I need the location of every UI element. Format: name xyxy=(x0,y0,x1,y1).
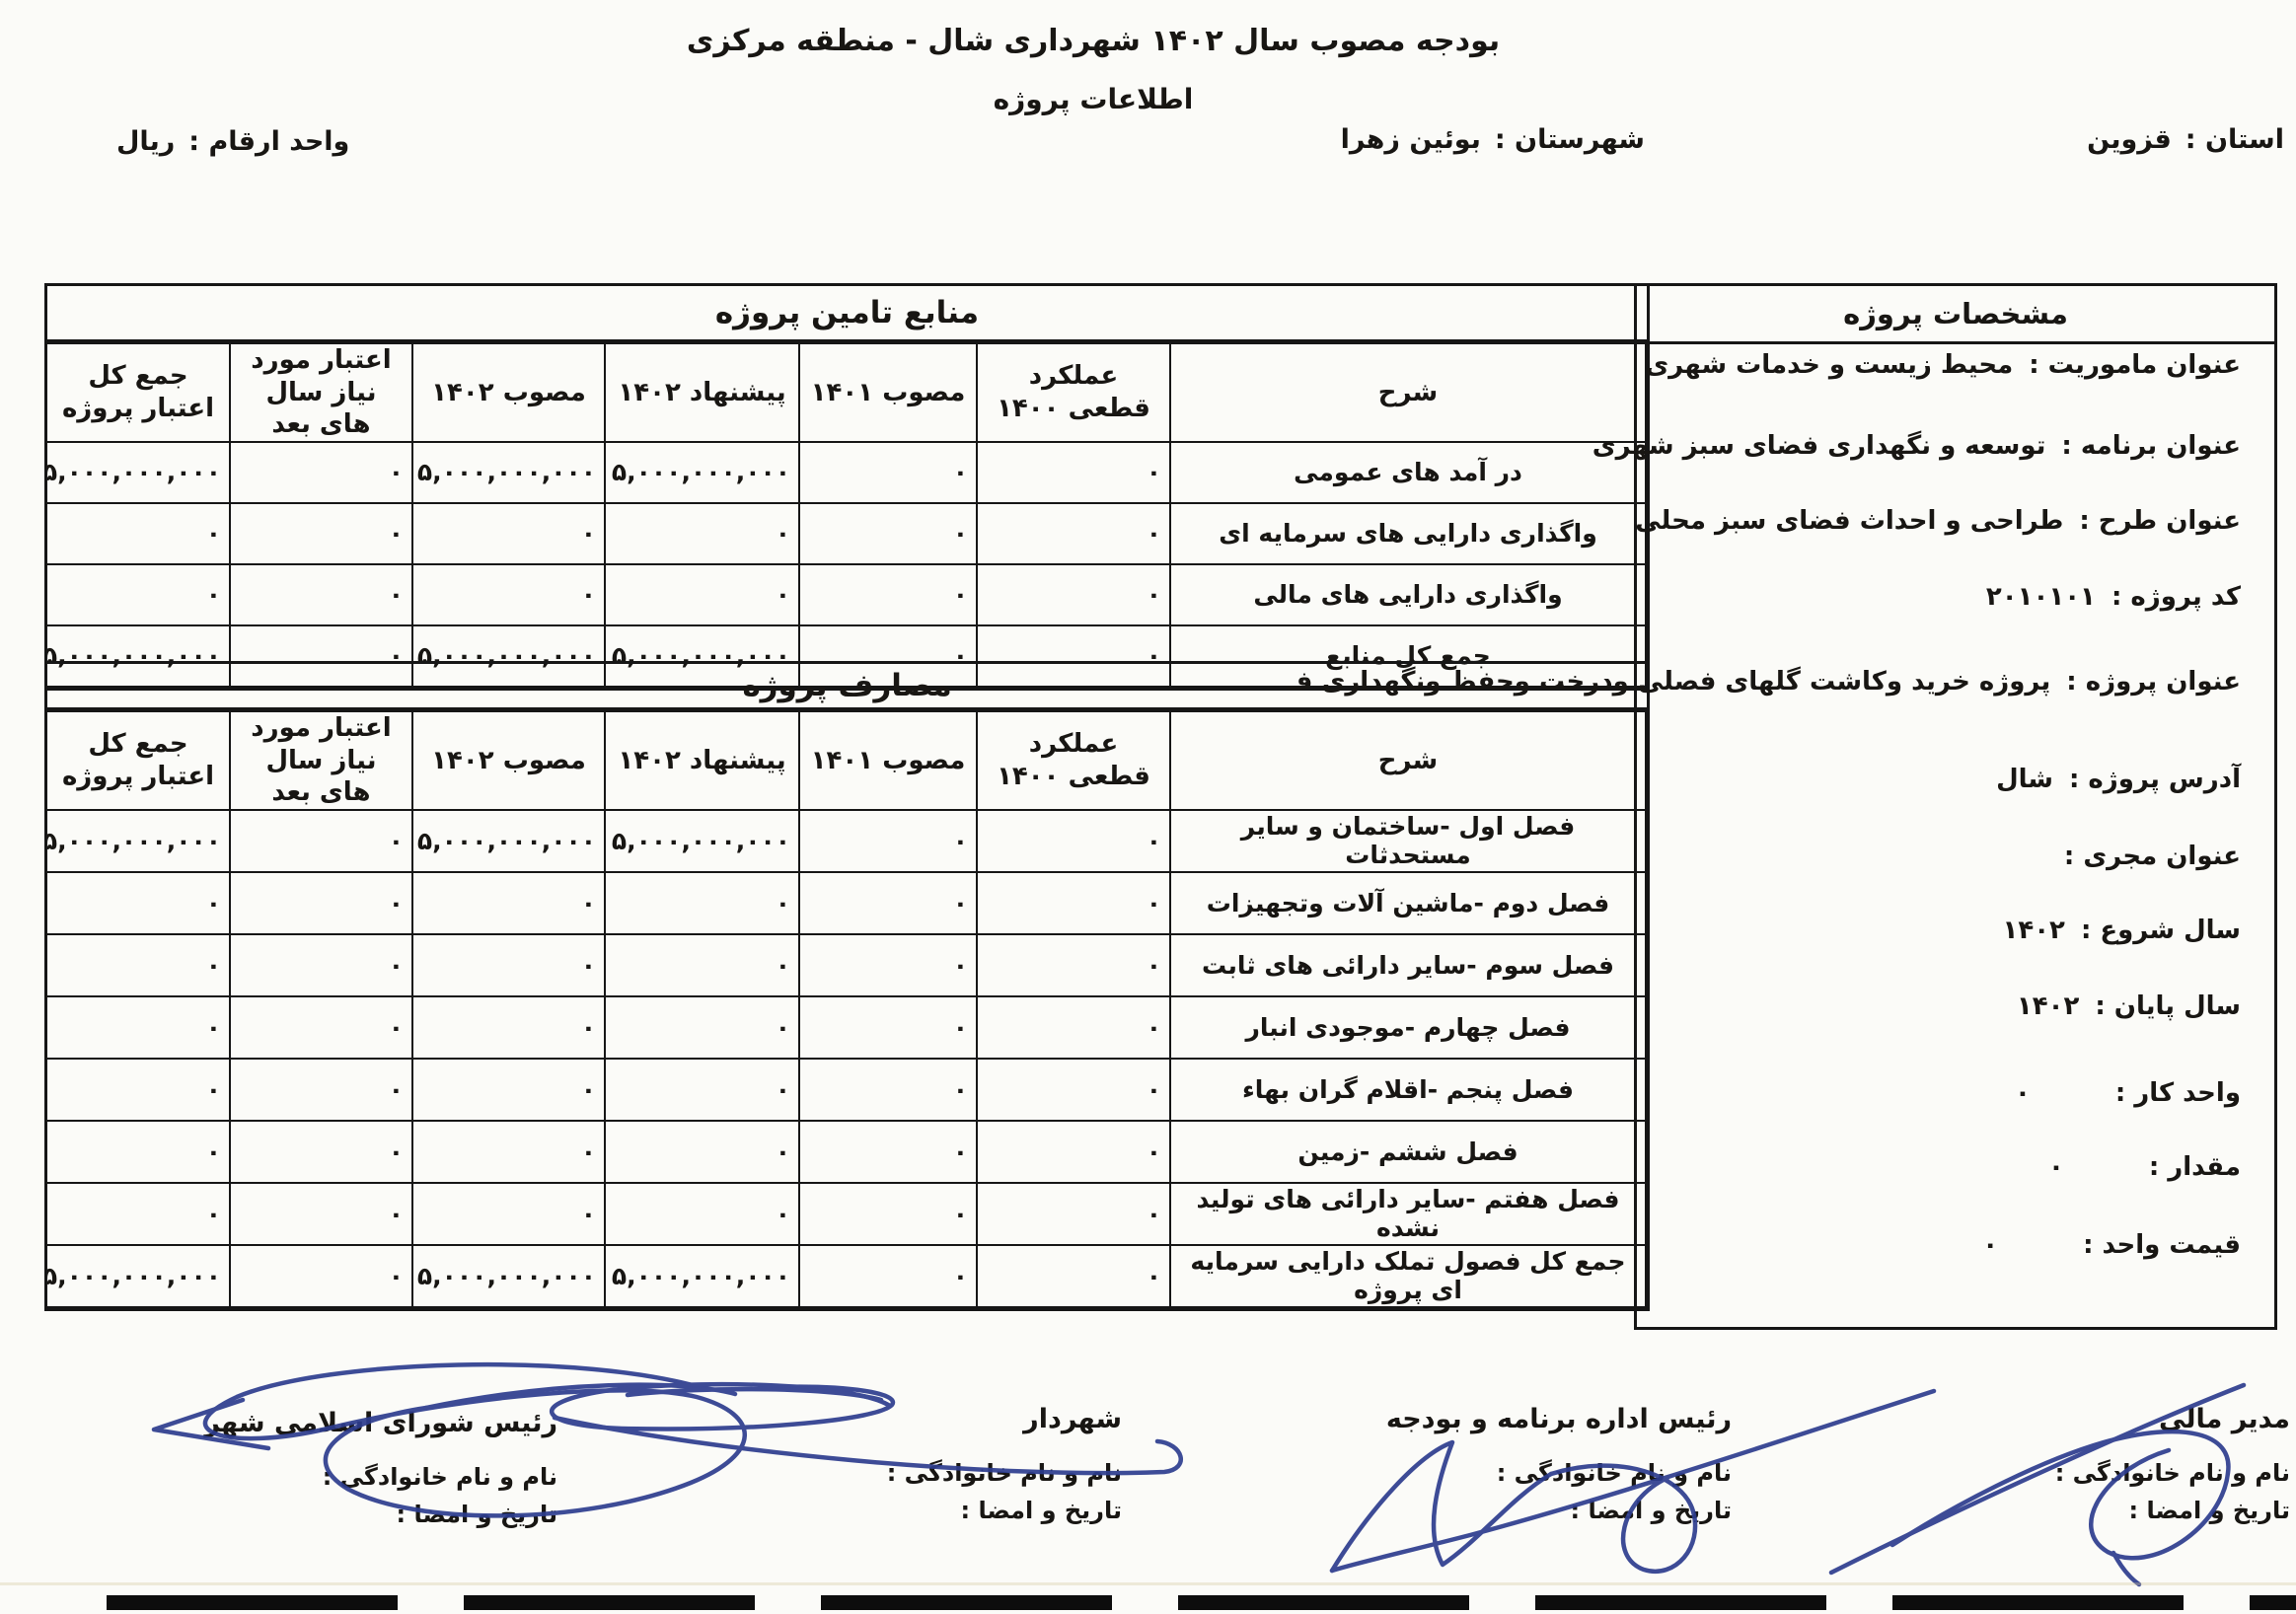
spec-field-label: سال شروع : xyxy=(2081,916,2241,945)
spec-field-value: محیط زیست و خدمات شهری xyxy=(1645,350,2013,380)
table-row: فصل دوم -ماشین آلات وتجهیزات۰۰۰۰۰۰ xyxy=(46,872,1646,934)
amount-cell: ۰ xyxy=(799,1121,977,1183)
table-row: فصل پنجم -اقلام گران بهاء۰۰۰۰۰۰ xyxy=(46,1059,1646,1121)
amount-cell: ۰ xyxy=(412,1121,605,1183)
signer-date-label: تاریخ و امضا : xyxy=(887,1498,1122,1523)
signer-role: رئیس شورای اسلامی شهر xyxy=(204,1409,557,1438)
amount-cell: ۰ xyxy=(46,934,230,996)
spec-field-label: آدرس پروژه : xyxy=(2069,765,2241,794)
signer-name-label: نام و نام خانوادگی : xyxy=(887,1460,1122,1486)
unit-of-figures-field: واحد ارقام :ریال xyxy=(116,126,349,157)
spec-field-label: مقدار : xyxy=(2149,1152,2241,1182)
signature-scribble-mayor xyxy=(628,1389,881,1400)
amount-cell: ۵,۰۰۰,۰۰۰,۰۰۰ xyxy=(412,442,605,503)
project-specs-title: مشخصات پروژه xyxy=(1637,286,2274,344)
column-header: جمع کل اعتبار پروژه xyxy=(46,343,230,442)
amount-cell: ۰ xyxy=(605,1059,799,1121)
amount-cell: ۰ xyxy=(605,996,799,1059)
signature-scribble-mayor xyxy=(552,1384,893,1429)
amount-cell: ۰ xyxy=(977,996,1170,1059)
amount-cell: ۰ xyxy=(977,934,1170,996)
spec-field-row: سال شروع :۱۴۰۲ xyxy=(2002,916,2241,945)
row-description-cell: واگذاری دارایی های سرمایه ای xyxy=(1170,503,1646,564)
province-value: قزوین xyxy=(2087,124,2172,155)
amount-cell: ۰ xyxy=(230,810,412,872)
amount-cell: ۰ xyxy=(230,503,412,564)
signer-role: شهردار xyxy=(887,1405,1122,1434)
spec-field-value: ۰ xyxy=(2015,1078,2031,1108)
spec-field-value: ۲۰۱۰۱۰۱ xyxy=(1986,582,2096,612)
spec-field-value: توسعه و نگهداری فضای سبز شهری xyxy=(1592,431,2046,461)
row-description-cell: فصل سوم -سایر دارائی های ثابت xyxy=(1170,934,1646,996)
project-specs-panel: مشخصات پروژه عنوان ماموریت :محیط زیست و … xyxy=(1634,283,2277,1330)
signer-role: رئیس اداره برنامه و بودجه xyxy=(1386,1405,1732,1434)
signer-date-label: تاریخ و امضا : xyxy=(204,1502,557,1527)
amount-cell: ۰ xyxy=(799,810,977,872)
amount-cell: ۵,۰۰۰,۰۰۰,۰۰۰ xyxy=(412,810,605,872)
amount-cell: ۰ xyxy=(46,503,230,564)
unit-label: واحد ارقام : xyxy=(188,126,349,157)
funding-sources-table: منابع تامین پروژه شرحعملکرد قطعی ۱۴۰۰مصو… xyxy=(44,283,1650,691)
amount-cell: ۰ xyxy=(799,996,977,1059)
spec-field-label: واحد کار : xyxy=(2115,1078,2241,1108)
spec-field-label: عنوان برنامه : xyxy=(2061,431,2241,461)
amount-cell: ۰ xyxy=(977,1245,1170,1307)
table-row: فصل چهارم -موجودی انبار۰۰۰۰۰۰ xyxy=(46,996,1646,1059)
document-subtitle: اطلاعات پروژه xyxy=(0,83,2186,115)
amount-cell: ۰ xyxy=(605,934,799,996)
amount-cell: ۰ xyxy=(412,1183,605,1245)
spec-field-value: ۰ xyxy=(2048,1152,2064,1182)
spec-field-row: سال پایان :۱۴۰۲ xyxy=(2017,991,2241,1021)
unit-value: ریال xyxy=(116,126,175,157)
spec-field-value: پروژه خرید وکاشت گلهای فصلی ودرخت وحفظ و… xyxy=(1288,667,2051,697)
amount-cell: ۰ xyxy=(799,564,977,625)
row-description-cell: فصل هفتم -سایر دارائی های تولید نشده xyxy=(1170,1183,1646,1245)
amount-cell: ۰ xyxy=(799,503,977,564)
spec-field-value: ۱۴۰۲ xyxy=(2002,916,2064,945)
spec-field-value: طراحی و احداث فضای سبز محلی xyxy=(1635,506,2063,536)
amount-cell: ۰ xyxy=(230,1245,412,1307)
amount-cell: ۰ xyxy=(230,1121,412,1183)
county-label: شهرستان : xyxy=(1495,124,1645,155)
signer-date-label: تاریخ و امضا : xyxy=(1912,1498,2290,1523)
table-row: فصل هفتم -سایر دارائی های تولید نشده۰۰۰۰… xyxy=(46,1183,1646,1245)
column-header: مصوب ۱۴۰۲ xyxy=(412,711,605,810)
amount-cell: ۵,۰۰۰,۰۰۰,۰۰۰ xyxy=(46,442,230,503)
row-description-cell: واگذاری دارایی های مالی xyxy=(1170,564,1646,625)
amount-cell: ۵,۰۰۰,۰۰۰,۰۰۰ xyxy=(46,810,230,872)
row-description-cell: فصل پنجم -اقلام گران بهاء xyxy=(1170,1059,1646,1121)
spec-field-row: کد پروژه :۲۰۱۰۱۰۱ xyxy=(1986,582,2241,612)
funding-sources-grid: شرحعملکرد قطعی ۱۴۰۰مصوب ۱۴۰۱پیشنهاد ۱۴۰۲… xyxy=(45,342,1647,688)
spec-field-row: آدرس پروژه :شال xyxy=(1996,765,2241,794)
amount-cell: ۵,۰۰۰,۰۰۰,۰۰۰ xyxy=(46,1245,230,1307)
amount-cell: ۰ xyxy=(230,1183,412,1245)
amount-cell: ۰ xyxy=(412,996,605,1059)
funding-sources-title: منابع تامین پروژه xyxy=(47,286,1647,342)
column-header: پیشنهاد ۱۴۰۲ xyxy=(605,711,799,810)
amount-cell: ۰ xyxy=(230,564,412,625)
scan-edge-artifact xyxy=(107,1595,2296,1610)
province-field: استان :قزوین xyxy=(2087,124,2284,155)
amount-cell: ۰ xyxy=(230,442,412,503)
amount-cell: ۰ xyxy=(412,872,605,934)
column-header: اعتبار مورد نیاز سال های بعد xyxy=(230,711,412,810)
column-header: مصوب ۱۴۰۱ xyxy=(799,343,977,442)
amount-cell: ۰ xyxy=(46,564,230,625)
county-value: بوئین زهرا xyxy=(1341,124,1481,155)
amount-cell: ۰ xyxy=(412,503,605,564)
amount-cell: ۰ xyxy=(977,810,1170,872)
expenditures-body: فصل اول -ساختمان و سایر مستحدثات۰۰۵,۰۰۰,… xyxy=(46,810,1646,1307)
amount-cell: ۰ xyxy=(977,1183,1170,1245)
table-row: در آمد های عمومی۰۰۵,۰۰۰,۰۰۰,۰۰۰۵,۰۰۰,۰۰۰… xyxy=(46,442,1646,503)
amount-cell: ۰ xyxy=(46,1183,230,1245)
expenditures-table: مصارف پروژه شرحعملکرد قطعی ۱۴۰۰مصوب ۱۴۰۱… xyxy=(44,661,1650,1311)
amount-cell: ۰ xyxy=(230,872,412,934)
table-row: فصل سوم -سایر دارائی های ثابت۰۰۰۰۰۰ xyxy=(46,934,1646,996)
row-description-cell: در آمد های عمومی xyxy=(1170,442,1646,503)
column-header: عملکرد قطعی ۱۴۰۰ xyxy=(977,343,1170,442)
signer-name-label: نام و نام خانوادگی : xyxy=(1912,1460,2290,1486)
amount-cell: ۰ xyxy=(230,1059,412,1121)
spec-field-row: عنوان مجری : xyxy=(2048,842,2241,871)
amount-cell: ۰ xyxy=(605,872,799,934)
spec-field-label: عنوان پروژه : xyxy=(2066,667,2241,697)
spec-field-row: واحد کار :۰ xyxy=(2015,1078,2241,1108)
table-row: فصل ششم -زمین۰۰۰۰۰۰ xyxy=(46,1121,1646,1183)
signature-block-budget-office-head: رئیس اداره برنامه و بودجه نام و نام خانو… xyxy=(1386,1405,1732,1523)
amount-cell: ۰ xyxy=(799,1245,977,1307)
spec-field-row: مقدار :۰ xyxy=(2048,1152,2241,1182)
column-header: پیشنهاد ۱۴۰۲ xyxy=(605,343,799,442)
amount-cell: ۰ xyxy=(977,1121,1170,1183)
amount-cell: ۰ xyxy=(799,1059,977,1121)
spec-field-row: عنوان برنامه :توسعه و نگهداری فضای سبز ش… xyxy=(1592,431,2241,461)
amount-cell: ۰ xyxy=(230,996,412,1059)
scanned-budget-document: بودجه مصوب سال ۱۴۰۲ شهرداری شال - منطقه … xyxy=(0,0,2296,1614)
spec-field-label: عنوان مجری : xyxy=(2064,842,2241,871)
column-header: مصوب ۱۴۰۲ xyxy=(412,343,605,442)
table-row: فصل اول -ساختمان و سایر مستحدثات۰۰۵,۰۰۰,… xyxy=(46,810,1646,872)
spec-field-row: عنوان پروژه :پروژه خرید وکاشت گلهای فصلی… xyxy=(1288,667,2241,697)
column-header: مصوب ۱۴۰۱ xyxy=(799,711,977,810)
amount-cell: ۰ xyxy=(799,872,977,934)
signer-role: مدیر مالی xyxy=(2159,1405,2290,1434)
spec-field-value: ۱۴۰۲ xyxy=(2017,991,2079,1021)
spec-field-label: کد پروژه : xyxy=(2111,582,2241,612)
amount-cell: ۰ xyxy=(605,564,799,625)
funding-sources-header-row: شرحعملکرد قطعی ۱۴۰۰مصوب ۱۴۰۱پیشنهاد ۱۴۰۲… xyxy=(46,343,1646,442)
row-description-cell: فصل دوم -ماشین آلات وتجهیزات xyxy=(1170,872,1646,934)
column-header: شرح xyxy=(1170,711,1646,810)
signer-name-label: نام و نام خانوادگی : xyxy=(1386,1460,1732,1486)
amount-cell: ۰ xyxy=(412,1059,605,1121)
table-row: واگذاری دارایی های سرمایه ای۰۰۰۰۰۰ xyxy=(46,503,1646,564)
signature-block-mayor: شهردار نام و نام خانوادگی : تاریخ و امضا… xyxy=(887,1405,1122,1523)
amount-cell: ۰ xyxy=(46,1059,230,1121)
spec-field-label: عنوان طرح : xyxy=(2079,506,2241,536)
expenditures-grid: شرحعملکرد قطعی ۱۴۰۰مصوب ۱۴۰۱پیشنهاد ۱۴۰۲… xyxy=(45,710,1647,1308)
amount-cell: ۰ xyxy=(977,564,1170,625)
row-description-cell: فصل ششم -زمین xyxy=(1170,1121,1646,1183)
spec-field-row: عنوان ماموریت :محیط زیست و خدمات شهری xyxy=(1645,350,2241,380)
document-title: بودجه مصوب سال ۱۴۰۲ شهرداری شال - منطقه … xyxy=(0,24,2186,58)
amount-cell: ۰ xyxy=(977,1059,1170,1121)
spec-field-label: قیمت واحد : xyxy=(2083,1230,2241,1260)
amount-cell: ۰ xyxy=(230,934,412,996)
amount-cell: ۰ xyxy=(977,442,1170,503)
expenditures-header-row: شرحعملکرد قطعی ۱۴۰۰مصوب ۱۴۰۱پیشنهاد ۱۴۰۲… xyxy=(46,711,1646,810)
amount-cell: ۰ xyxy=(412,564,605,625)
amount-cell: ۰ xyxy=(605,1121,799,1183)
funding-sources-body: در آمد های عمومی۰۰۵,۰۰۰,۰۰۰,۰۰۰۵,۰۰۰,۰۰۰… xyxy=(46,442,1646,687)
spec-field-value: شال xyxy=(1996,765,2053,794)
county-field: شهرستان :بوئین زهرا xyxy=(1341,124,1645,155)
amount-cell: ۰ xyxy=(46,1121,230,1183)
amount-cell: ۰ xyxy=(605,1183,799,1245)
signature-block-council-head: رئیس شورای اسلامی شهر نام و نام خانوادگی… xyxy=(204,1409,557,1527)
amount-cell: ۵,۰۰۰,۰۰۰,۰۰۰ xyxy=(605,1245,799,1307)
amount-cell: ۰ xyxy=(977,872,1170,934)
spec-field-label: عنوان ماموریت : xyxy=(2029,350,2241,380)
column-header: عملکرد قطعی ۱۴۰۰ xyxy=(977,711,1170,810)
amount-cell: ۵,۰۰۰,۰۰۰,۰۰۰ xyxy=(605,810,799,872)
spec-field-row: عنوان طرح :طراحی و احداث فضای سبز محلی xyxy=(1635,506,2241,536)
table-row: واگذاری دارایی های مالی۰۰۰۰۰۰ xyxy=(46,564,1646,625)
row-description-cell: فصل چهارم -موجودی انبار xyxy=(1170,996,1646,1059)
column-header: شرح xyxy=(1170,343,1646,442)
province-label: استان : xyxy=(2185,124,2284,155)
signature-scribble-finance xyxy=(2113,1553,2139,1584)
amount-cell: ۰ xyxy=(605,503,799,564)
signature-block-finance-manager: مدیر مالی نام و نام خانوادگی : تاریخ و ا… xyxy=(1912,1405,2290,1523)
amount-cell: ۰ xyxy=(977,503,1170,564)
amount-cell: ۰ xyxy=(799,934,977,996)
column-header: جمع کل اعتبار پروژه xyxy=(46,711,230,810)
column-header: اعتبار مورد نیاز سال های بعد xyxy=(230,343,412,442)
amount-cell: ۰ xyxy=(799,1183,977,1245)
amount-cell: ۰ xyxy=(412,934,605,996)
signer-name-label: نام و نام خانوادگی : xyxy=(204,1464,557,1490)
amount-cell: ۵,۰۰۰,۰۰۰,۰۰۰ xyxy=(605,442,799,503)
spec-field-row: قیمت واحد :۰ xyxy=(1982,1230,2241,1260)
spec-field-value: ۰ xyxy=(1982,1230,1998,1260)
signer-date-label: تاریخ و امضا : xyxy=(1386,1498,1732,1523)
scan-crease-line xyxy=(0,1582,2296,1585)
row-description-cell: جمع کل فصول تملک دارایی سرمایه ای پروژه xyxy=(1170,1245,1646,1307)
signature-scribble-council xyxy=(426,1385,735,1408)
table-row: جمع کل فصول تملک دارایی سرمایه ای پروژه۰… xyxy=(46,1245,1646,1307)
amount-cell: ۰ xyxy=(799,442,977,503)
amount-cell: ۰ xyxy=(46,872,230,934)
row-description-cell: فصل اول -ساختمان و سایر مستحدثات xyxy=(1170,810,1646,872)
amount-cell: ۰ xyxy=(46,996,230,1059)
amount-cell: ۵,۰۰۰,۰۰۰,۰۰۰ xyxy=(412,1245,605,1307)
spec-field-label: سال پایان : xyxy=(2095,991,2241,1021)
